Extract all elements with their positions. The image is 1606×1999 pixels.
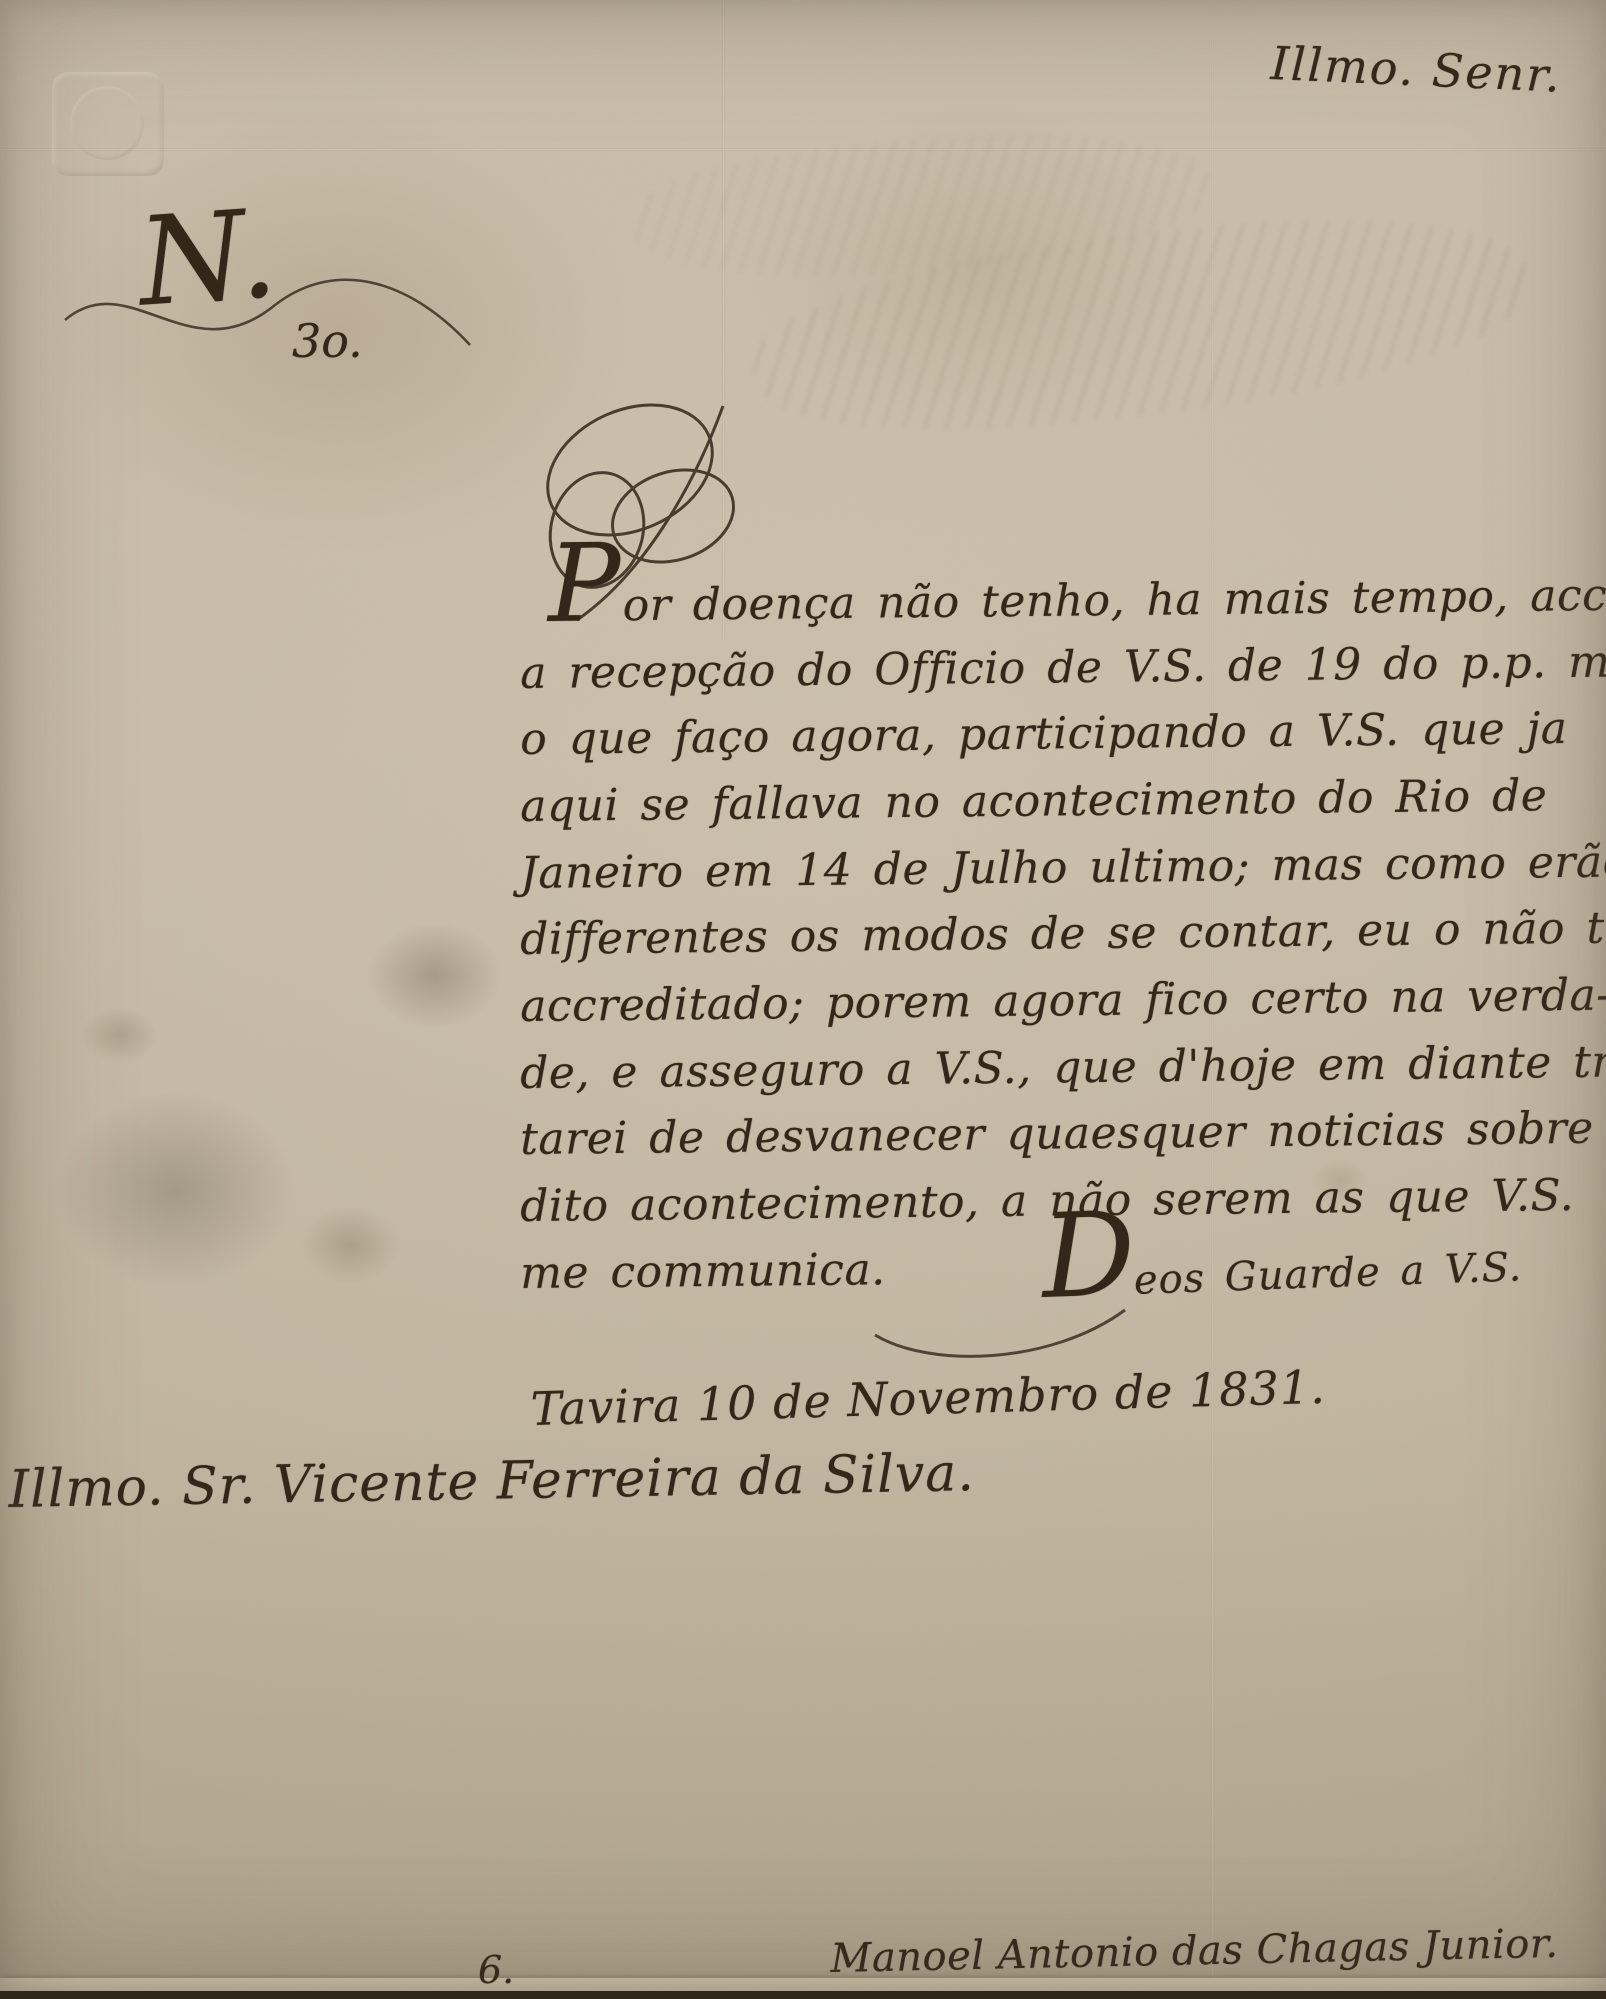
body-line: Por doença não tenho, ha mais tempo, acc…	[548, 572, 1606, 629]
ink-bleedthrough	[626, 120, 1214, 290]
docket-number-value: 3o.	[292, 314, 363, 368]
body-line: tarei de desvanecer quaesquer noticias s…	[520, 1106, 1606, 1162]
scan-background-strip	[0, 1991, 1606, 1999]
page-mark: 6.	[478, 1948, 514, 1992]
horizontal-fold-line	[0, 148, 1606, 151]
body-line: accreditado; porem agora fico certo na v…	[520, 974, 1606, 1029]
page-bottom-edge	[0, 1978, 1606, 1992]
body-line: de, e asseguro a V.S., que d'hoje em dia…	[520, 1040, 1606, 1096]
letter-page: Illmo. Senr. N. 3o. Por doença não tenho…	[0, 0, 1606, 1999]
vertical-fold-line	[722, 0, 725, 640]
valediction: Deos Guarde a V.S.	[1042, 1241, 1523, 1307]
body-line: me communica.	[520, 1248, 886, 1296]
body-line: Janeiro em 14 de Julho ultimo; mas como …	[520, 840, 1606, 896]
body-line: aqui se fallava no acontecimento do Rio …	[520, 774, 1548, 829]
docket-number-letter: N.	[134, 182, 281, 333]
dateline: Tavira 10 de Novembro de 1831.	[530, 1360, 1326, 1436]
body-line: o que faço agora, participando a V.S. qu…	[520, 707, 1568, 762]
signature: Manoel Antonio das Chagas Junior.	[830, 1921, 1559, 1982]
body-line: differentes os modos de se contar, eu o …	[520, 906, 1606, 962]
addressee-line: Illmo. Sr. Vicente Ferreira da Silva.	[8, 1443, 975, 1520]
body-line: a recepção do Officio de V.S. de 19 do p…	[520, 640, 1606, 696]
embossed-seal-inner	[70, 86, 144, 160]
salutation-illmo-senr: Illmo. Senr.	[1270, 36, 1563, 103]
ink-bleedthrough	[742, 188, 1538, 462]
embossed-paper-seal	[52, 72, 164, 176]
